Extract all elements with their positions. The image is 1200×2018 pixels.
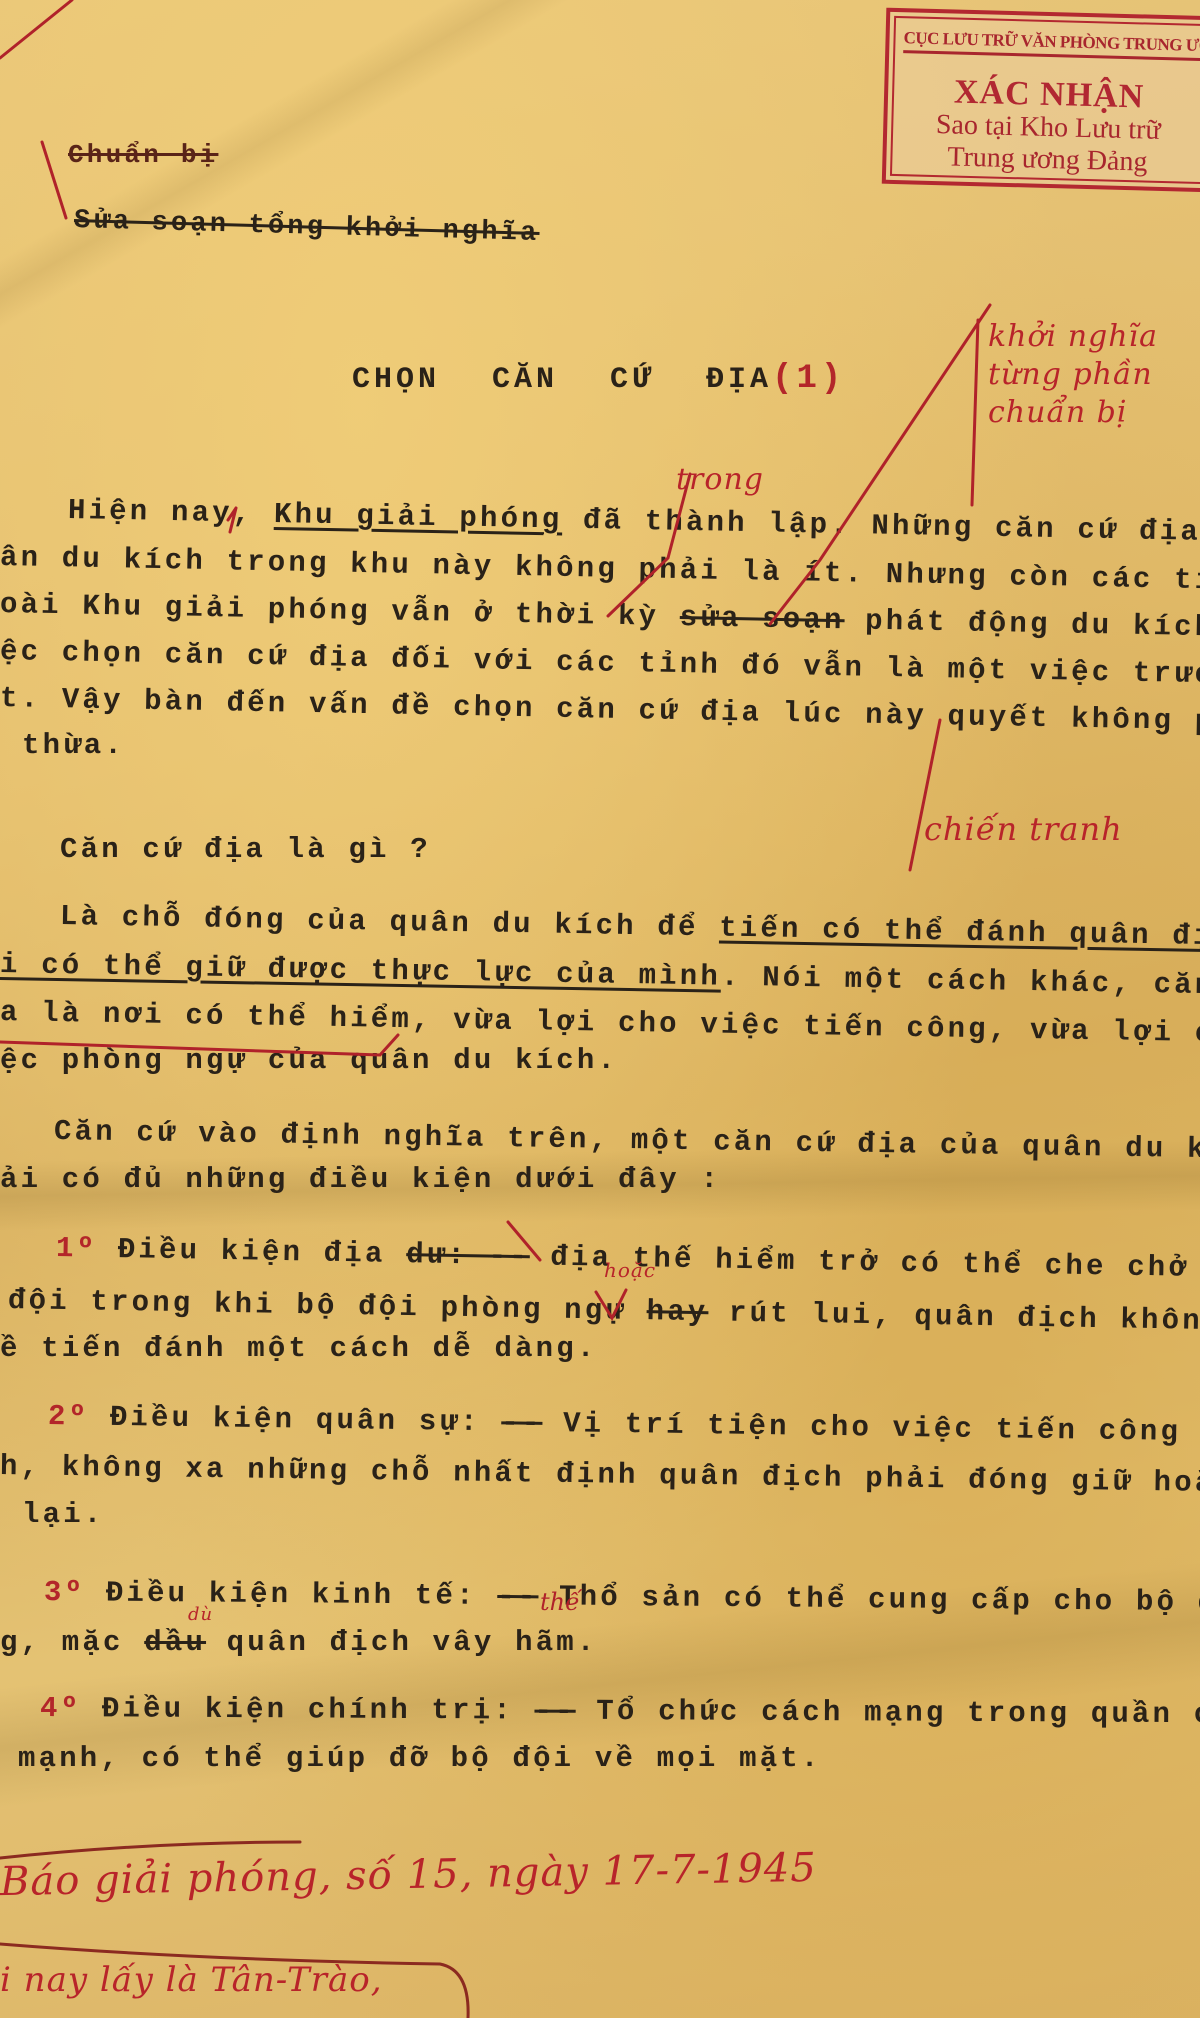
stamp-line-2: Trung ương Đảng <box>886 140 1200 180</box>
p2-line-2: i có thể giữ được thực lực của mình. Nói… <box>0 948 1200 1003</box>
condition-3-line-2: g, mặc dầu quân địch vây hãm. <box>0 1626 598 1659</box>
paper-fold-shadow <box>0 0 655 401</box>
question-heading: Căn cứ địa là gì ? <box>60 833 431 866</box>
margin-note-right: khởi nghĩa từng phần chuẩn bị <box>988 318 1158 432</box>
p3-line-1: Căn cứ vào định nghĩa trên, một căn cứ đ… <box>54 1115 1200 1167</box>
condition-3-line-1: 3º Điều kiện kinh tế: -- Thổ sản có thể … <box>44 1576 1200 1620</box>
condition-2-line-1: 2º Điều kiện quân sự: -- Vị trí tiện cho… <box>48 1400 1200 1450</box>
title-text: CHỌN CĂN CỨ ĐỊA <box>352 363 772 397</box>
margin-note-trong: trong <box>676 462 764 497</box>
p2-line-1: Là chỗ đóng của quân du kích để tiến có … <box>60 900 1200 954</box>
footnote-location: i nay lấy là Tân-Trào, <box>0 1960 383 2000</box>
p1-line-1: Hiện nay, Khu giải phóng đã thành lập. N… <box>68 494 1200 550</box>
p1-line-5: t. Vậy bàn đến vấn đề chọn căn cứ địa lú… <box>0 682 1200 740</box>
condition-1-line-3: ề tiến đánh một cách dễ dàng. <box>0 1332 597 1365</box>
stamp-organization: CỤC LƯU TRỮ VĂN PHÒNG TRUNG ƯƠNG ĐẢNG <box>903 28 1200 63</box>
p1-line-3: oài Khu giải phóng vẫn ở thời kỳ sửa soạ… <box>0 588 1200 645</box>
heading-bracket <box>42 142 66 218</box>
struck-heading-line-2: Sửa soạn tổng khởi nghĩa <box>74 206 540 249</box>
condition-2-line-3: lại. <box>22 1498 104 1531</box>
p1-line-4: ệc chọn căn cứ địa đối với các tỉnh đó v… <box>0 635 1200 692</box>
margin-note-chien-tranh: chiến tranh <box>924 810 1123 848</box>
p1-line-2: ân du kích trong khu này không phải là í… <box>0 541 1200 598</box>
condition-4-line-2: mạnh, có thể giúp đỡ bộ đội về mọi mặt. <box>18 1742 822 1775</box>
corner-pen-line <box>0 0 72 58</box>
p2-line-3: a là nơi có thể hiểm, vừa lợi cho việc t… <box>0 996 1200 1051</box>
margin-vertical-line <box>972 320 978 505</box>
condition-1-line-2: đội trong khi bộ đội phòng ngự hay rút l… <box>8 1284 1200 1338</box>
struck-heading-line-1: Chuẩn bị <box>68 140 218 170</box>
condition-4-line-1: 4º Điều kiện chính trị: -- Tổ chức cách … <box>40 1692 1200 1732</box>
footnote-mark: (1) <box>772 360 845 398</box>
p2-line-4: ệc phòng ngự của quân du kích. <box>0 1044 618 1077</box>
document-title: CHỌN CĂN CỨ ĐỊA(1) <box>352 360 845 398</box>
p3-line-2: ải có đủ những điều kiện dưới đây : <box>0 1163 721 1196</box>
condition-2-line-2: h, không xa những chỗ nhất định quân địc… <box>0 1450 1200 1500</box>
footnote-source: Báo giải phóng, số 15, ngày 17-7-1945 <box>0 1845 817 1905</box>
margin-note-du: dù <box>188 1604 213 1625</box>
margin-note-hoac: hoặc <box>604 1258 656 1282</box>
archive-stamp: CỤC LƯU TRỮ VĂN PHÒNG TRUNG ƯƠNG ĐẢNG XÁ… <box>882 8 1200 193</box>
p1-line-6: thừa. <box>22 729 125 762</box>
